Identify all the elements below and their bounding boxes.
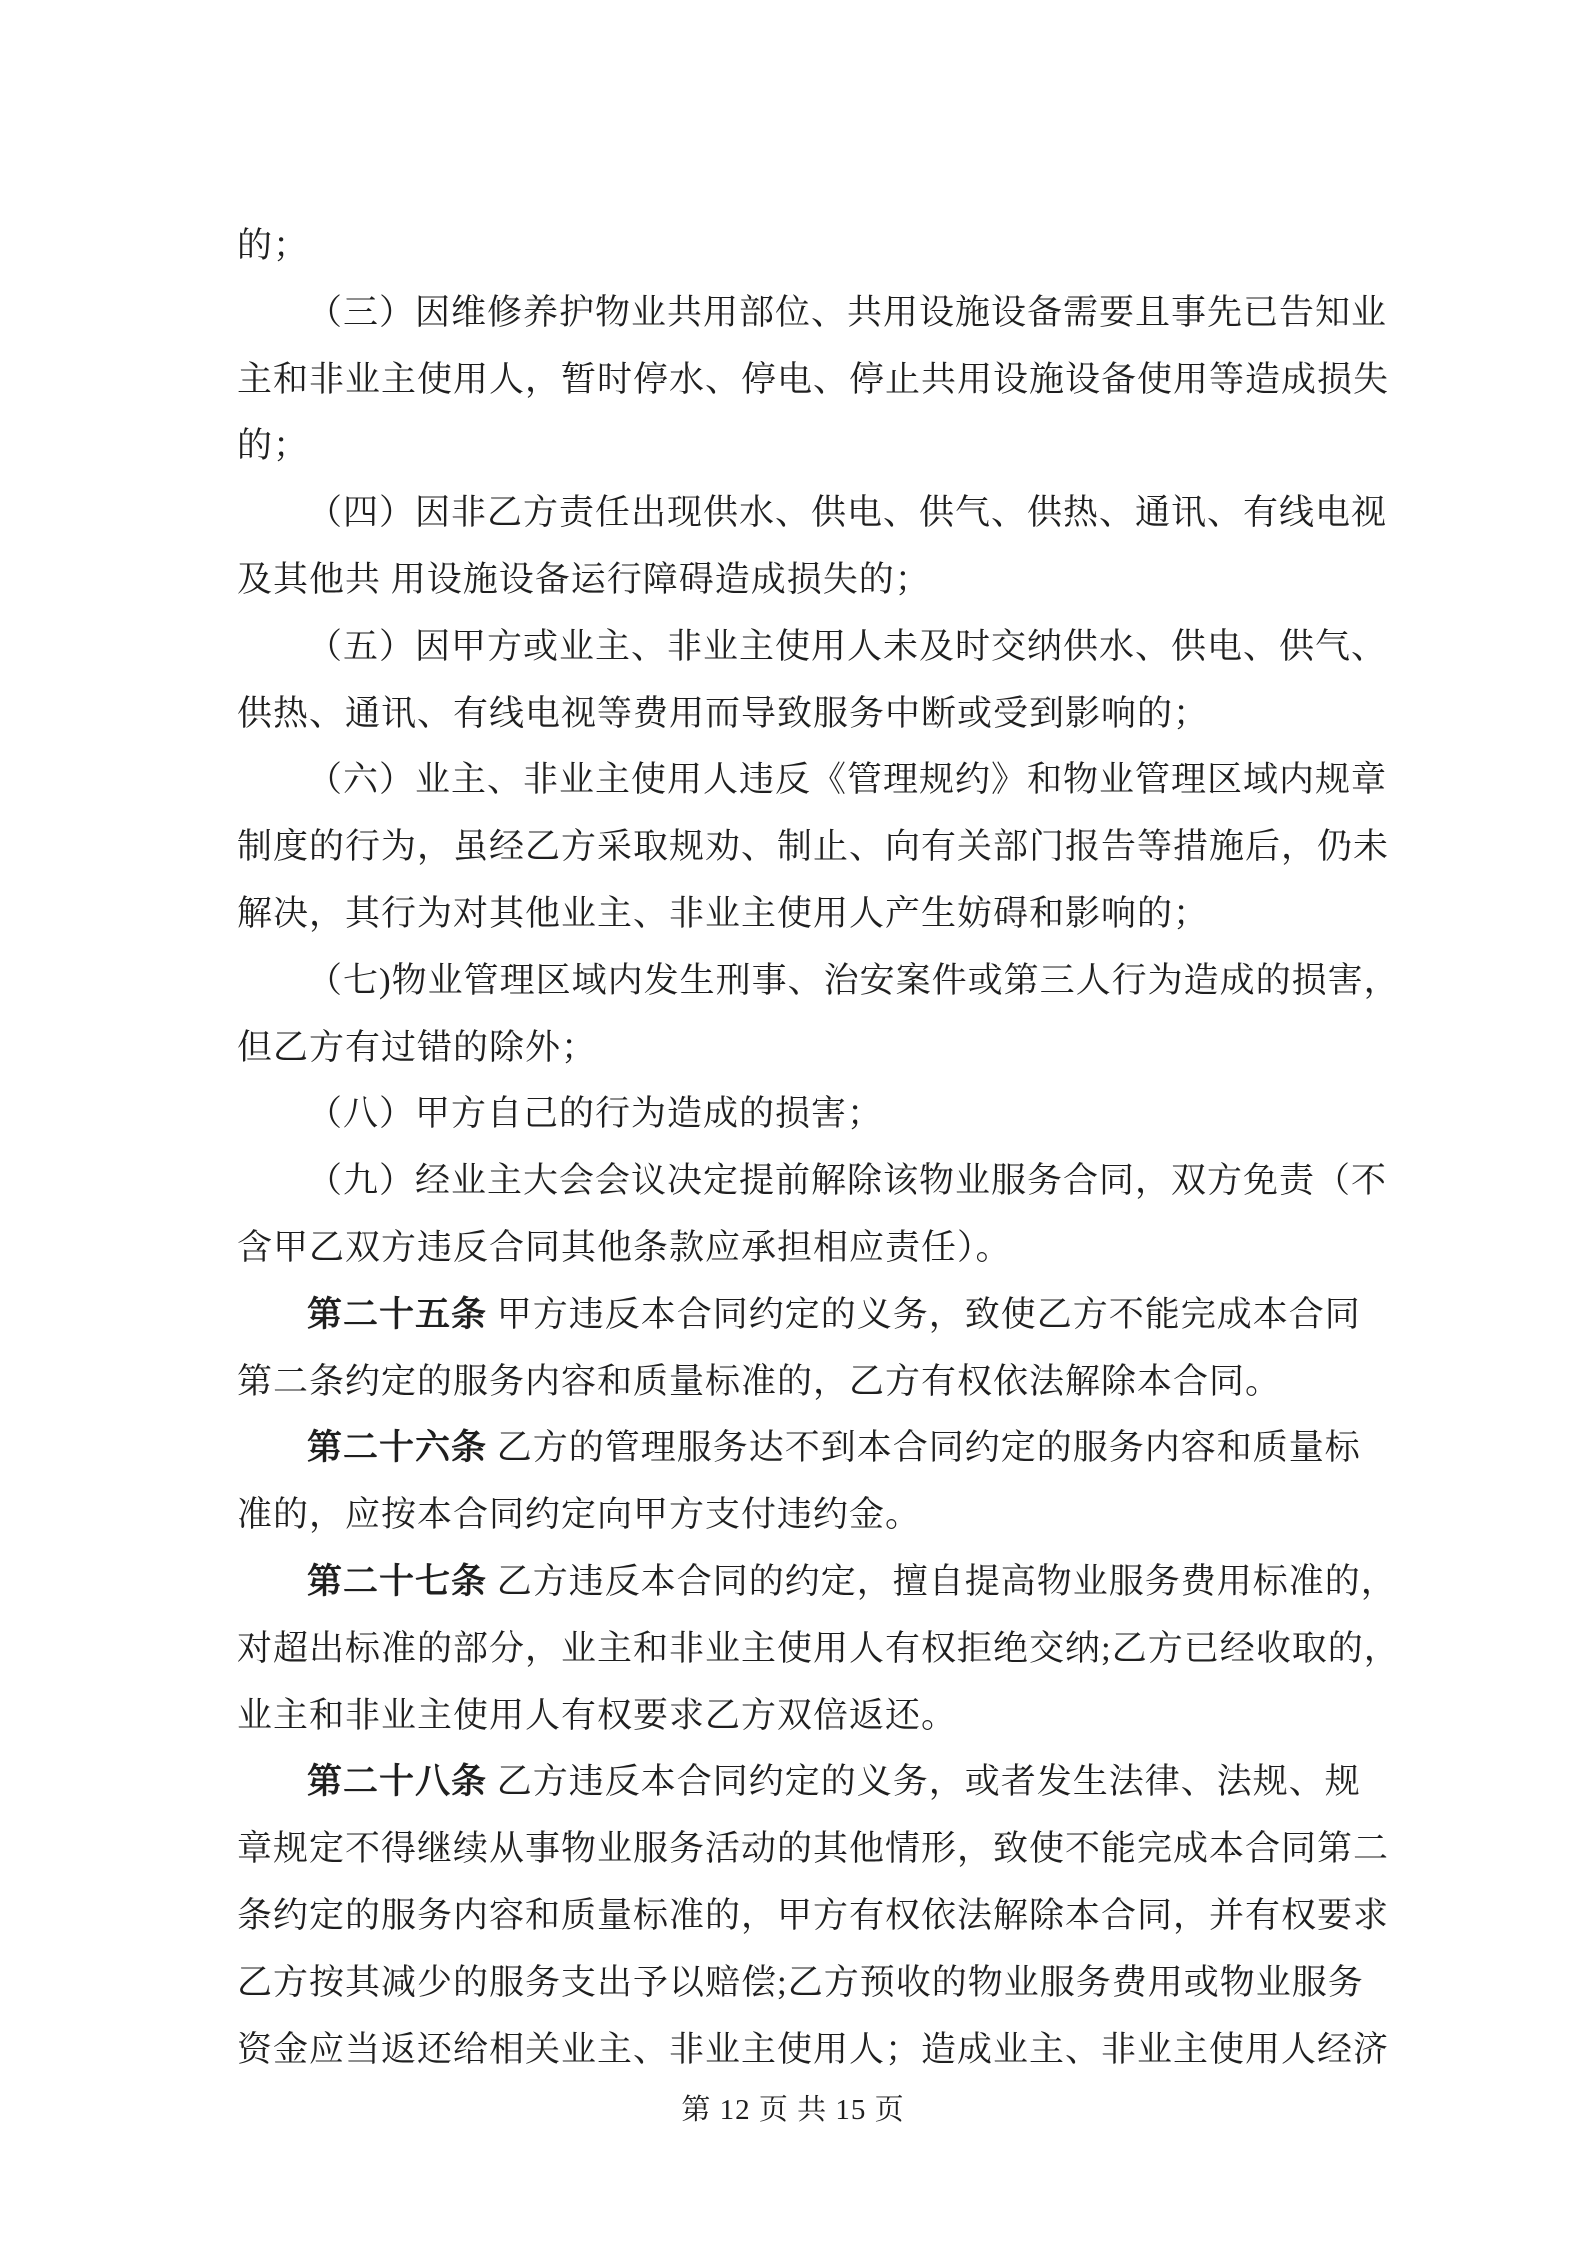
text-line: 章规定不得继续从事物业服务活动的其他情形，致使不能完成本合同第二 — [237, 1816, 1354, 1883]
text-line: 第二十八条 乙方违反本合同约定的义务，或者发生法律、法规、规 — [237, 1749, 1354, 1816]
text-segment: 章规定不得继续从事物业服务活动的其他情形，致使不能完成本合同第二 — [237, 1829, 1389, 1868]
page-footer: 第 12 页 共 15 页 — [0, 2088, 1586, 2132]
text-line: （四）因非乙方责任出现供水、供电、供气、供热、通讯、有线电视 — [237, 480, 1354, 547]
text-segment: 的； — [237, 226, 309, 265]
text-segment: 主和非业主使用人，暂时停水、停电、停止共用设施设备使用等造成损失 — [237, 360, 1389, 399]
text-line: 的； — [237, 413, 1354, 480]
text-segment: 供热、通讯、有线电视等费用而导致服务中断或受到影响的； — [237, 694, 1209, 733]
text-segment: 第二条约定的服务内容和质量标准的，乙方有权依法解除本合同。 — [237, 1362, 1281, 1401]
text-segment: 乙方违反本合同约定的义务，或者发生法律、法规、规 — [487, 1762, 1361, 1801]
text-line: 业主和非业主使用人有权要求乙方双倍返还。 — [237, 1683, 1354, 1750]
text-segment: 的； — [237, 426, 309, 465]
text-segment: 乙方的管理服务达不到本合同约定的服务内容和质量标 — [487, 1428, 1361, 1467]
text-line: 制度的行为，虽经乙方采取规劝、制止、向有关部门报告等措施后，仍未 — [237, 814, 1354, 881]
text-segment: （四）因非乙方责任出现供水、供电、供气、供热、通讯、有线电视 — [307, 493, 1387, 532]
text-segment: 资金应当返还给相关业主、非业主使用人；造成业主、非业主使用人经济 — [237, 2030, 1389, 2069]
text-segment: （七)物业管理区域内发生刑事、治安案件或第三人行为造成的损害， — [307, 961, 1400, 1000]
text-line: 第二条约定的服务内容和质量标准的，乙方有权依法解除本合同。 — [237, 1349, 1354, 1416]
text-segment: （五）因甲方或业主、非业主使用人未及时交纳供水、供电、供气、 — [307, 627, 1387, 666]
text-segment: （三）因维修养护物业共用部位、共用设施设备需要且事先已告知业 — [307, 293, 1387, 332]
text-segment: 对超出标准的部分，业主和非业主使用人有权拒绝交纳;乙方已经收取的， — [237, 1629, 1400, 1668]
text-line: 资金应当返还给相关业主、非业主使用人；造成业主、非业主使用人经济 — [237, 2017, 1354, 2084]
text-line: 解决，其行为对其他业主、非业主使用人产生妨碍和影响的； — [237, 881, 1354, 948]
text-segment: 条约定的服务内容和质量标准的，甲方有权依法解除本合同，并有权要求 — [237, 1896, 1389, 1935]
text-line: 含甲乙双方违反合同其他条款应承担相应责任）。 — [237, 1215, 1354, 1282]
text-line: 供热、通讯、有线电视等费用而导致服务中断或受到影响的； — [237, 681, 1354, 748]
text-segment: 及其他共 用设施设备运行障碍造成损失的； — [237, 560, 931, 599]
text-segment: 业主和非业主使用人有权要求乙方双倍返还。 — [237, 1696, 957, 1735]
text-segment: 乙方违反本合同的约定，擅自提高物业服务费用标准的， — [487, 1562, 1397, 1601]
clause-number: 第二十七条 — [307, 1562, 487, 1601]
text-line: （八）甲方自己的行为造成的损害； — [237, 1081, 1354, 1148]
text-line: （三）因维修养护物业共用部位、共用设施设备需要且事先已告知业 — [237, 280, 1354, 347]
text-line: 对超出标准的部分，业主和非业主使用人有权拒绝交纳;乙方已经收取的， — [237, 1616, 1354, 1683]
text-segment: （六）业主、非业主使用人违反《管理规约》和物业管理区域内规章 — [307, 760, 1387, 799]
text-line: 但乙方有过错的除外； — [237, 1015, 1354, 1082]
text-segment: 解决，其行为对其他业主、非业主使用人产生妨碍和影响的； — [237, 894, 1209, 933]
contract-page: 的；（三）因维修养护物业共用部位、共用设施设备需要且事先已告知业主和非业主使用人… — [0, 0, 1586, 2245]
text-line: 乙方按其减少的服务支出予以赔偿;乙方预收的物业服务费用或物业服务 — [237, 1950, 1354, 2017]
text-segment: 乙方按其减少的服务支出予以赔偿;乙方预收的物业服务费用或物业服务 — [237, 1963, 1364, 2002]
text-line: 的； — [237, 213, 1354, 280]
text-line: 条约定的服务内容和质量标准的，甲方有权依法解除本合同，并有权要求 — [237, 1883, 1354, 1950]
text-segment: 甲方违反本合同约定的义务，致使乙方不能完成本合同 — [487, 1295, 1361, 1334]
text-line: （七)物业管理区域内发生刑事、治安案件或第三人行为造成的损害， — [237, 948, 1354, 1015]
text-line: 准的，应按本合同约定向甲方支付违约金。 — [237, 1482, 1354, 1549]
text-line: 第二十六条 乙方的管理服务达不到本合同约定的服务内容和质量标 — [237, 1415, 1354, 1482]
text-segment: 准的，应按本合同约定向甲方支付违约金。 — [237, 1495, 921, 1534]
text-line: 及其他共 用设施设备运行障碍造成损失的； — [237, 547, 1354, 614]
clause-number: 第二十八条 — [307, 1762, 487, 1801]
text-line: 第二十五条 甲方违反本合同约定的义务，致使乙方不能完成本合同 — [237, 1282, 1354, 1349]
clause-number: 第二十六条 — [307, 1428, 487, 1467]
text-segment: 但乙方有过错的除外； — [237, 1028, 597, 1067]
text-line: 第二十七条 乙方违反本合同的约定，擅自提高物业服务费用标准的， — [237, 1549, 1354, 1616]
clause-number: 第二十五条 — [307, 1295, 487, 1334]
text-segment: 含甲乙双方违反合同其他条款应承担相应责任）。 — [237, 1228, 1012, 1267]
text-line: （五）因甲方或业主、非业主使用人未及时交纳供水、供电、供气、 — [237, 614, 1354, 681]
text-segment: （八）甲方自己的行为造成的损害； — [307, 1094, 883, 1133]
text-segment: （九）经业主大会会议决定提前解除该物业服务合同，双方免责（不 — [307, 1161, 1387, 1200]
text-line: （九）经业主大会会议决定提前解除该物业服务合同，双方免责（不 — [237, 1148, 1354, 1215]
text-line: （六）业主、非业主使用人违反《管理规约》和物业管理区域内规章 — [237, 747, 1354, 814]
text-line: 主和非业主使用人，暂时停水、停电、停止共用设施设备使用等造成损失 — [237, 347, 1354, 414]
document-body: 的；（三）因维修养护物业共用部位、共用设施设备需要且事先已告知业主和非业主使用人… — [237, 213, 1354, 2083]
text-segment: 制度的行为，虽经乙方采取规劝、制止、向有关部门报告等措施后，仍未 — [237, 827, 1389, 866]
